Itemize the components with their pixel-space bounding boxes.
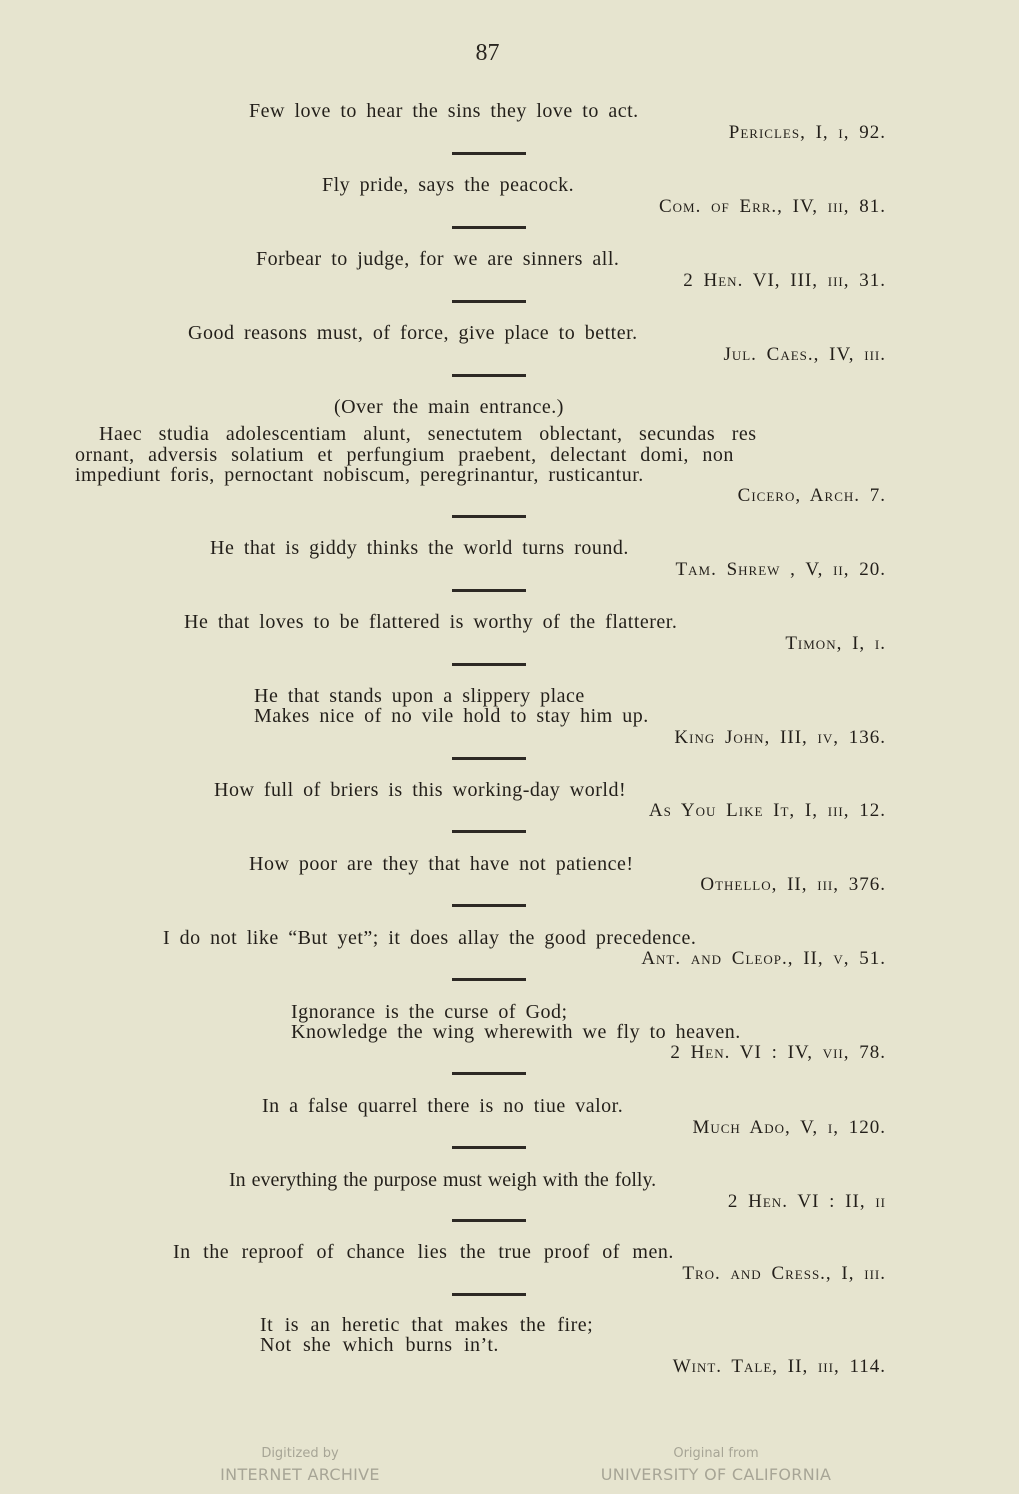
divider (452, 978, 526, 981)
citation: 2 Hen. VI, III, iii, 31. (683, 270, 886, 292)
divider (452, 830, 526, 833)
citation: Com. of Err., IV, iii, 81. (659, 196, 886, 218)
divider (452, 757, 526, 760)
quote-line: Fly pride, says the peacock. (322, 174, 574, 197)
citation: Much Ado, V, i, 120. (692, 1117, 886, 1139)
quote-line: Not she which burns in’t. (260, 1334, 499, 1357)
divider (452, 589, 526, 592)
watermark-big-text: UNIVERSITY OF CALIFORNIA (586, 1465, 846, 1484)
quote-line: Few love to hear the sins they love to a… (249, 100, 639, 123)
divider (452, 1293, 526, 1296)
citation: 2 Hen. VI : II, ii (728, 1191, 886, 1213)
quote-line: Good reasons must, of force, give place … (188, 322, 638, 345)
citation: Pericles, I, i, 92. (729, 122, 886, 144)
citation: Timon, I, i. (785, 633, 886, 655)
quote-line: I do not like “But yet”; it does allay t… (163, 927, 696, 950)
quote-line: impediunt foris, pernoctant nobiscum, pe… (75, 464, 644, 487)
divider (452, 300, 526, 303)
quote-line: In the reproof of chance lies the true p… (173, 1241, 674, 1264)
divider (452, 374, 526, 377)
citation: King John, III, iv, 136. (674, 727, 886, 749)
citation: As You Like It, I, iii, 12. (649, 800, 886, 822)
watermark-small-text: Original from (586, 1446, 846, 1461)
watermark-big-text: INTERNET ARCHIVE (200, 1465, 400, 1484)
quote-line: He that is giddy thinks the world turns … (210, 537, 629, 560)
divider (452, 1146, 526, 1149)
citation: Othello, II, iii, 376. (700, 874, 886, 896)
divider (452, 663, 526, 666)
citation: 2 Hen. VI : IV, vii, 78. (670, 1042, 886, 1064)
divider (452, 1219, 526, 1222)
original-from-watermark: Original from UNIVERSITY OF CALIFORNIA (586, 1446, 846, 1484)
divider (452, 515, 526, 518)
digitized-by-watermark: Digitized by INTERNET ARCHIVE (200, 1446, 400, 1484)
quote-line: In everything the purpose must weigh wit… (229, 1169, 656, 1192)
quote-line: Haec studia adolescentiam alunt, senectu… (99, 423, 757, 446)
divider (452, 226, 526, 229)
citation: Tro. and Cress., I, iii. (682, 1263, 886, 1285)
citation: Jul. Caes., IV, iii. (723, 344, 886, 366)
divider (452, 904, 526, 907)
page-number: 87 (0, 40, 975, 67)
divider (452, 1072, 526, 1075)
quote-line: How poor are they that have not patience… (249, 853, 633, 876)
divider (452, 152, 526, 155)
quote-line: In a false quarrel there is no tiue valo… (262, 1095, 623, 1118)
section-heading: (Over the main entrance.) (334, 396, 564, 419)
watermark-small-text: Digitized by (200, 1446, 400, 1461)
citation: Wint. Tale, II, iii, 114. (673, 1356, 886, 1378)
quote-line: How full of briers is this working-day w… (214, 779, 626, 802)
quote-line: Forbear to judge, for we are sinners all… (256, 248, 619, 271)
citation: Ant. and Cleop., II, v, 51. (641, 948, 886, 970)
quote-line: Makes nice of no vile hold to stay him u… (254, 705, 649, 728)
quote-line: He that loves to be flattered is worthy … (184, 611, 677, 634)
citation: Cicero, Arch. 7. (738, 485, 886, 507)
citation: Tam. Shrew , V, ii, 20. (676, 559, 886, 581)
quote-line: Knowledge the wing wherewith we fly to h… (291, 1021, 741, 1044)
